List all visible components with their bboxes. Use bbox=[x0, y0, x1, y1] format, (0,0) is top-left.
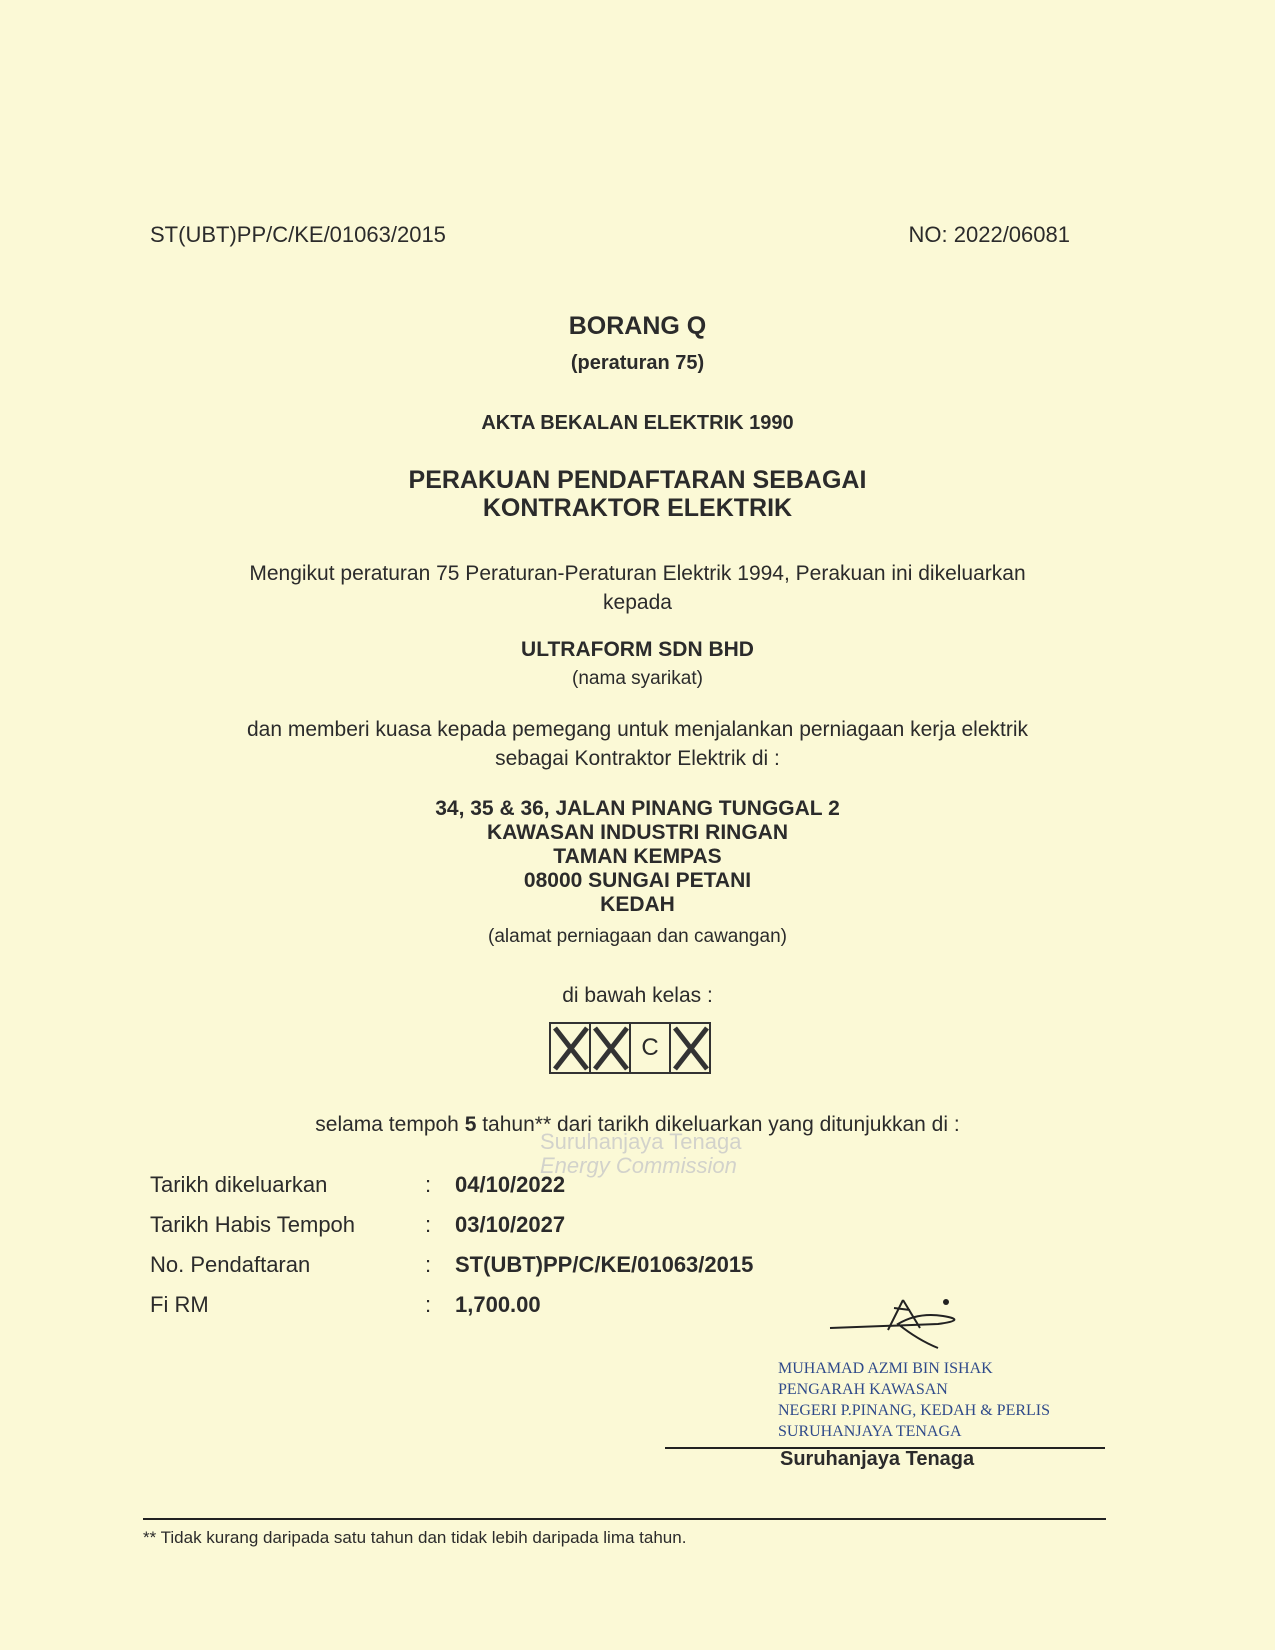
detail-row: No. Pendaftaran:ST(UBT)PP/C/KE/01063/201… bbox=[150, 1252, 753, 1278]
class-box-crossed bbox=[671, 1024, 709, 1072]
company-name: ULTRAFORM SDN BHD bbox=[0, 638, 1275, 662]
intro-line-2: kepada bbox=[0, 589, 1275, 617]
signatory-block: MUHAMAD AZMI BIN ISHAK PENGARAH KAWASAN … bbox=[778, 1358, 1050, 1442]
watermark: Suruhanjaya Tenaga Energy Commission bbox=[540, 1130, 741, 1178]
signatory-region: NEGERI P.PINANG, KEDAH & PERLIS bbox=[778, 1400, 1050, 1421]
authority-line-1: dan memberi kuasa kepada pemegang untuk … bbox=[0, 716, 1275, 744]
address-line: TAMAN KEMPAS bbox=[0, 845, 1275, 869]
class-boxes: C bbox=[549, 1022, 711, 1074]
class-box: C bbox=[631, 1024, 671, 1072]
address-caption: (alamat perniagaan dan cawangan) bbox=[0, 926, 1275, 948]
authority-line-2: sebagai Kontraktor Elektrik di : bbox=[0, 745, 1275, 773]
address-line: 34, 35 & 36, JALAN PINANG TUNGGAL 2 bbox=[0, 797, 1275, 821]
form-title: BORANG Q bbox=[0, 312, 1275, 341]
act-title: AKTA BEKALAN ELEKTRIK 1990 bbox=[0, 412, 1275, 435]
company-caption: (nama syarikat) bbox=[0, 668, 1275, 690]
signatory-org: SURUHANJAYA TENAGA bbox=[778, 1421, 1050, 1442]
reference-number: ST(UBT)PP/C/KE/01063/2015 bbox=[150, 222, 446, 248]
address-line: KEDAH bbox=[0, 893, 1275, 917]
regulation-label: (peraturan 75) bbox=[0, 352, 1275, 375]
period-years: 5 bbox=[465, 1113, 477, 1136]
footnote-divider bbox=[143, 1518, 1106, 1520]
signatory-name: MUHAMAD AZMI BIN ISHAK bbox=[778, 1358, 1050, 1379]
detail-row: Tarikh dikeluarkan:04/10/2022 bbox=[150, 1172, 565, 1198]
class-label: di bawah kelas : bbox=[0, 982, 1275, 1010]
signatory-title: PENGARAH KAWASAN bbox=[778, 1379, 1050, 1400]
class-box-crossed bbox=[591, 1024, 631, 1072]
address-line: 08000 SUNGAI PETANI bbox=[0, 869, 1275, 893]
class-box-crossed bbox=[551, 1024, 591, 1072]
detail-row: Tarikh Habis Tempoh:03/10/2027 bbox=[150, 1212, 565, 1238]
certificate-heading-1: PERAKUAN PENDAFTARAN SEBAGAI bbox=[0, 466, 1275, 494]
footnote: ** Tidak kurang daripada satu tahun dan … bbox=[143, 1528, 686, 1548]
certificate-number: NO: 2022/06081 bbox=[909, 222, 1070, 248]
issuer-name: Suruhanjaya Tenaga bbox=[780, 1448, 974, 1471]
intro-line-1: Mengikut peraturan 75 Peraturan-Peratura… bbox=[0, 560, 1275, 588]
signature bbox=[828, 1290, 978, 1350]
detail-row: Fi RM:1,700.00 bbox=[150, 1292, 541, 1318]
certificate-heading-2: KONTRAKTOR ELEKTRIK bbox=[0, 494, 1275, 522]
address-line: KAWASAN INDUSTRI RINGAN bbox=[0, 821, 1275, 845]
